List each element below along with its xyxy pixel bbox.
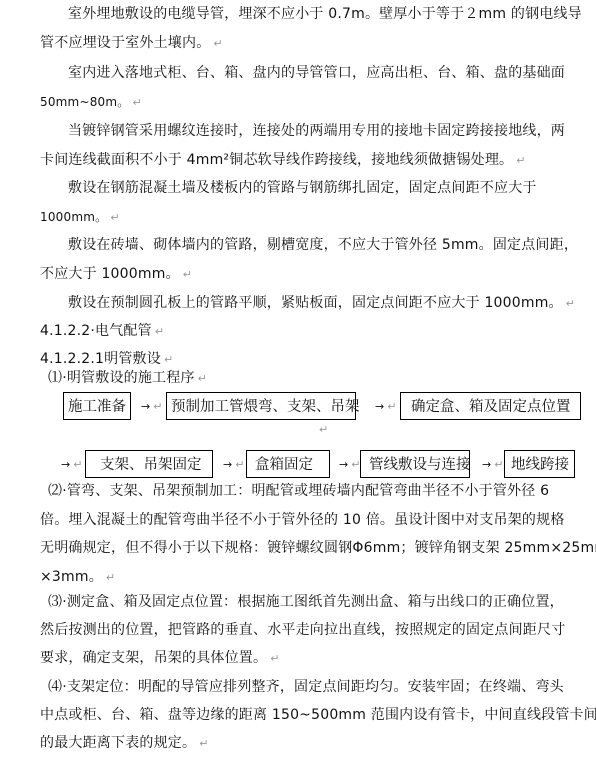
flow-arrow: →↵ bbox=[482, 454, 503, 475]
paragraph-mark-icon: ↵ bbox=[183, 268, 192, 281]
paragraph-text: 1000mm。 bbox=[40, 210, 107, 224]
item-2-line-1: ⑵·管弯、支架、吊架预制加工：明配管或埋砖墙内配管弯曲半径不小于管外径 6 bbox=[48, 481, 549, 501]
arrow-right-icon: → bbox=[61, 458, 70, 471]
arrow-right-icon: → bbox=[339, 458, 348, 471]
item-text: 的最大距离下表的规定。 bbox=[40, 735, 196, 751]
flow-arrow: →↵ bbox=[339, 454, 360, 475]
paragraph-mark-icon: ↵ bbox=[132, 96, 141, 109]
flow-step-prefab-bending: 预制加工管煨弯、支架、吊架 bbox=[166, 392, 356, 420]
paragraph-mark-icon: ↵ bbox=[153, 400, 162, 413]
paragraph-2-line-2: 50mm~80m。↵ bbox=[40, 92, 142, 113]
item-text: 要求，确定支架，吊架的具体位置。 bbox=[40, 650, 267, 666]
paragraph-1-line-1: 室外埋地敷设的电缆导管，埋深不应小于 0.7m。壁厚小于等于２mm 的钢电线导 bbox=[68, 4, 582, 24]
flow-arrow: →↵ bbox=[223, 454, 244, 475]
item-2-line-3: 无明确规定，但不得小于以下规格：镀锌螺纹圆钢Φ6mm；镀锌角钢支架 25mm×2… bbox=[40, 538, 596, 558]
paragraph-mark-icon: ↵ bbox=[213, 37, 222, 50]
item-3-line-2: 然后按测出的位置，把管路的垂直、水平走向拉出直线，按照规定的固定点间距尺寸 bbox=[40, 620, 565, 640]
paragraph-6-line-1: 敷设在预制圆孔板上的管路平顺，紧贴板面，固定点间距不应大于 1000mm。↵ bbox=[68, 293, 575, 314]
arrow-right-icon: → bbox=[141, 400, 150, 413]
arrow-right-icon: → bbox=[375, 400, 384, 413]
paragraph-text: 管不应埋设于室外土壤内。 bbox=[40, 35, 210, 51]
paragraph-mark-icon: ↵ bbox=[319, 423, 328, 436]
flow-arrow: →↵ bbox=[61, 454, 82, 475]
procedure-title-text: ⑴·明管敷设的施工程序 bbox=[48, 370, 195, 386]
heading-4-1-2-2: 4.1.2.2·电气配管↵ bbox=[40, 321, 164, 342]
paragraph-mark-icon: ↵ bbox=[494, 458, 503, 471]
heading-4-1-2-2-1: 4.1.2.2.1明管敷设↵ bbox=[40, 349, 173, 370]
paragraph-4-line-1: 敷设在钢筋混凝土墙及楼板内的管路与钢筋绑扎固定，固定点间距不应大于 bbox=[68, 178, 537, 198]
flow-step-lay-conduit: 管线敷设与连接 bbox=[360, 450, 470, 478]
procedure-title: ⑴·明管敷设的施工程序↵ bbox=[48, 368, 207, 389]
paragraph-text: 50mm~80m。 bbox=[40, 95, 129, 109]
paragraph-mark-icon: ↵ bbox=[566, 297, 575, 310]
paragraph-3-line-1: 当镀锌钢管采用螺纹连接时，连接处的两端用专用的接地卡固定跨接接地线，两 bbox=[68, 121, 565, 141]
arrow-right-icon: → bbox=[223, 458, 232, 471]
paragraph-2-line-1: 室内进入落地式柜、台、箱、盘内的导管管口，应高出柜、台、箱、盘的基础面 bbox=[68, 63, 565, 83]
flow-step-locate-boxes: 确定盒、箱及固定点位置 bbox=[400, 392, 581, 420]
flow-step-fix-supports: 支架、吊架固定 bbox=[85, 450, 213, 478]
paragraph-4-line-2: 1000mm。↵ bbox=[40, 207, 120, 228]
item-text: ×3mm。 bbox=[40, 569, 103, 585]
paragraph-text: 卡间连线截面积不小于 4mm²铜芯软导线作跨接线，接地线须做搪锡处理。 bbox=[40, 152, 513, 168]
item-4-line-1: ⑷·支架定位：明配的导管应排列整齐，固定点间距均匀。安装牢固；在终端、弯头 bbox=[48, 677, 564, 697]
paragraph-5-line-2: 不应大于 1000mm。↵ bbox=[40, 264, 192, 285]
paragraph-mark-icon: ↵ bbox=[235, 458, 244, 471]
paragraph-mark-icon: ↵ bbox=[110, 211, 119, 224]
paragraph-3-line-2: 卡间连线截面积不小于 4mm²铜芯软导线作跨接线，接地线须做搪锡处理。↵ bbox=[40, 150, 526, 171]
paragraph-mark-icon: ↵ bbox=[106, 571, 115, 584]
item-4-line-3: 的最大距离下表的规定。↵ bbox=[40, 733, 209, 754]
arrow-right-icon: → bbox=[482, 458, 491, 471]
paragraph-mark-icon: ↵ bbox=[199, 737, 208, 750]
paragraph-5-line-1: 敷设在砖墙、砌体墙内的管路，剔槽宽度，不应大于管外径 5mm。固定点间距， bbox=[68, 235, 578, 255]
flow-arrow: →↵ bbox=[375, 396, 396, 417]
paragraph-mark-icon: ↵ bbox=[73, 458, 82, 471]
item-2-line-4: ×3mm。↵ bbox=[40, 567, 115, 588]
paragraph-mark-icon: ↵ bbox=[164, 353, 173, 366]
flow-arrow: →↵ bbox=[141, 396, 162, 417]
paragraph-text: 不应大于 1000mm。 bbox=[40, 266, 180, 282]
paragraph-mark-icon: ↵ bbox=[198, 372, 207, 385]
paragraph-1-line-2: 管不应埋设于室外土壤内。↵ bbox=[40, 33, 223, 54]
flow-step-construction-prep: 施工准备 bbox=[63, 392, 131, 420]
item-4-line-2: 中点或柜、台、箱、盘等边缘的距离 150~500mm 范围内设有管卡，中间直线段… bbox=[40, 705, 596, 725]
paragraph-mark-icon: ↵ bbox=[155, 325, 164, 338]
flow-step-ground-bond: 地线跨接 bbox=[504, 450, 575, 478]
heading-text: 4.1.2.2.1明管敷设 bbox=[40, 351, 161, 367]
paragraph-mark-icon: ↵ bbox=[387, 400, 396, 413]
paragraph-mark-icon: ↵ bbox=[516, 154, 525, 167]
item-3-line-3: 要求，确定支架，吊架的具体位置。↵ bbox=[40, 648, 280, 669]
item-2-line-2: 倍。埋入混凝土的配管弯曲半径不小于管外径的 10 倍。虽设计图中对支吊架的规格 bbox=[40, 510, 565, 530]
paragraph-text: 敷设在预制圆孔板上的管路平顺，紧贴板面，固定点间距不应大于 1000mm。 bbox=[68, 295, 563, 311]
heading-text: 4.1.2.2·电气配管 bbox=[40, 323, 152, 339]
item-3-line-1: ⑶·测定盒、箱及固定点位置：根据施工图纸首先测出盒、箱与出线口的正确位置， bbox=[48, 592, 564, 612]
paragraph-mark-icon: ↵ bbox=[270, 652, 279, 665]
flow-step-fix-boxes: 盒箱固定 bbox=[246, 450, 330, 478]
